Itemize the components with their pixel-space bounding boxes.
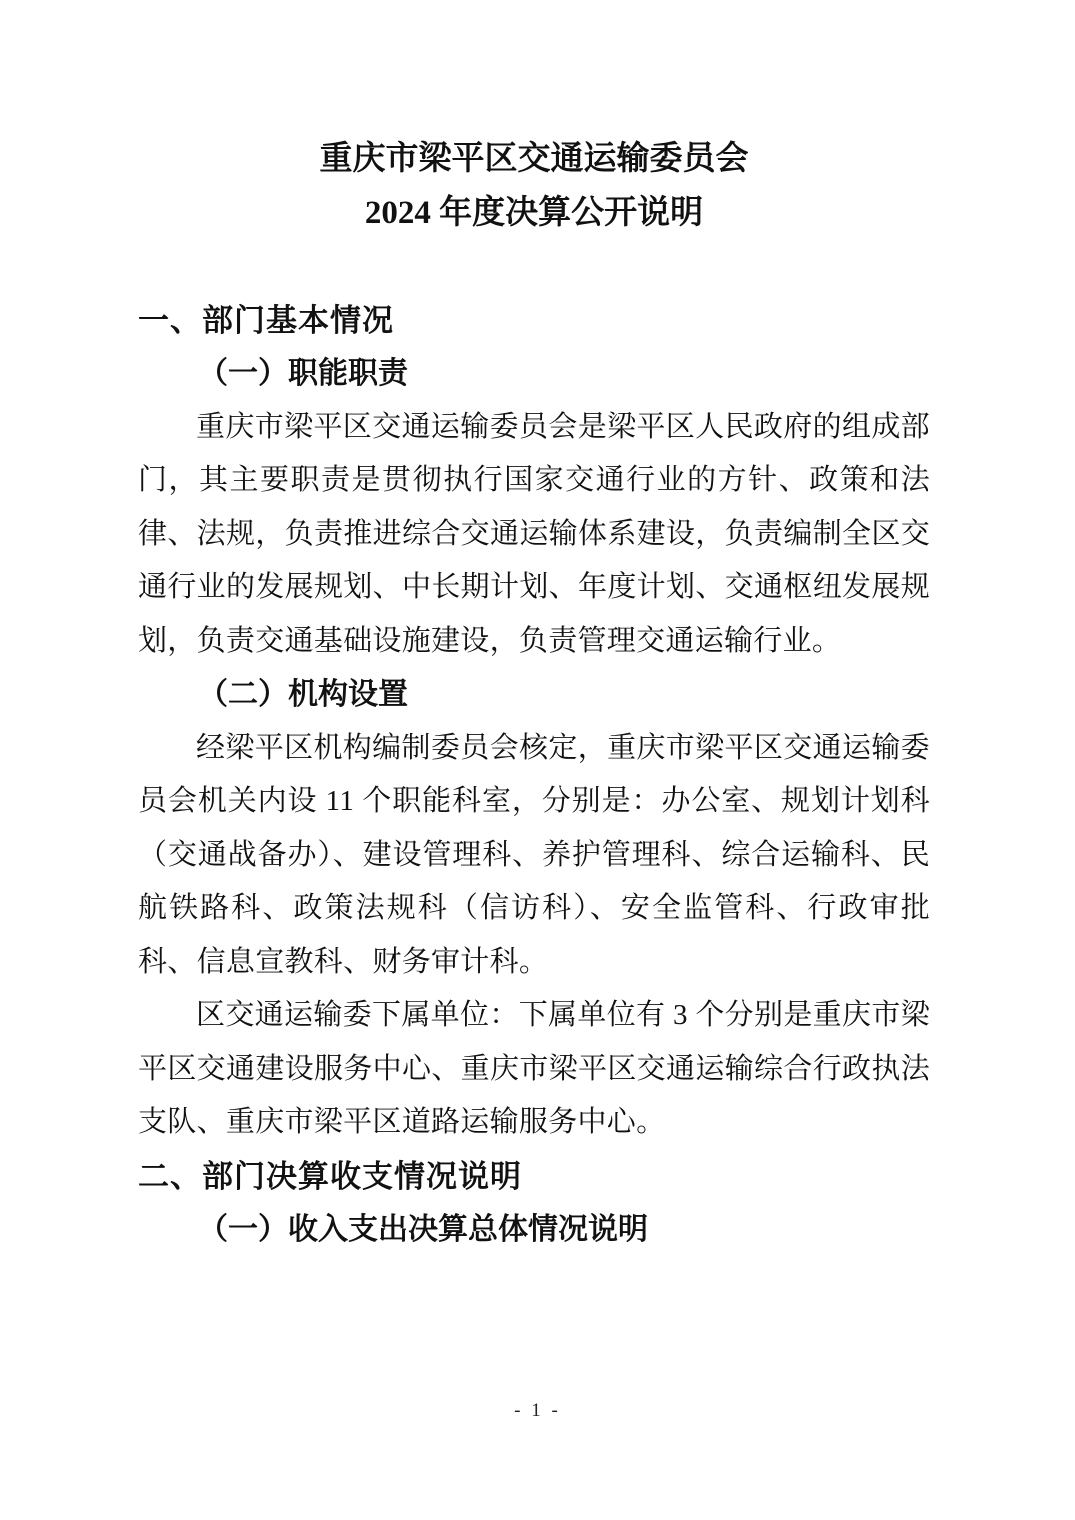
- document-content: 重庆市梁平区交通运输委员会 2024 年度决算公开说明 一、部门基本情况 （一）…: [138, 133, 930, 1257]
- subheading-org-setup: （二）机构设置: [138, 668, 930, 722]
- document-page: 重庆市梁平区交通运输委员会 2024 年度决算公开说明 一、部门基本情况 （一）…: [0, 0, 1075, 1520]
- blank-line: [138, 240, 930, 294]
- doc-title-line-1: 重庆市梁平区交通运输委员会: [138, 133, 930, 187]
- doc-title-line-2: 2024 年度决算公开说明: [138, 187, 930, 241]
- subheading-duties: （一）职能职责: [138, 347, 930, 401]
- paragraph-subordinate-units: 区交通运输委下属单位：下属单位有 3 个分别是重庆市梁平区交通建设服务中心、重庆…: [138, 989, 930, 1150]
- paragraph-org-setup: 经梁平区机构编制委员会核定，重庆市梁平区交通运输委员会机关内设 11 个职能科室…: [138, 722, 930, 990]
- paragraph-duties: 重庆市梁平区交通运输委员会是梁平区人民政府的组成部门，其主要职责是贯彻执行国家交…: [138, 401, 930, 669]
- subheading-revenue-expenditure-overview: （一）收入支出决算总体情况说明: [138, 1203, 930, 1257]
- heading-budget-statement: 二、部门决算收支情况说明: [138, 1150, 930, 1204]
- heading-basic-info: 一、部门基本情况: [138, 294, 930, 348]
- document-title: 重庆市梁平区交通运输委员会 2024 年度决算公开说明: [138, 133, 930, 240]
- page-number: - 1 -: [0, 1400, 1075, 1422]
